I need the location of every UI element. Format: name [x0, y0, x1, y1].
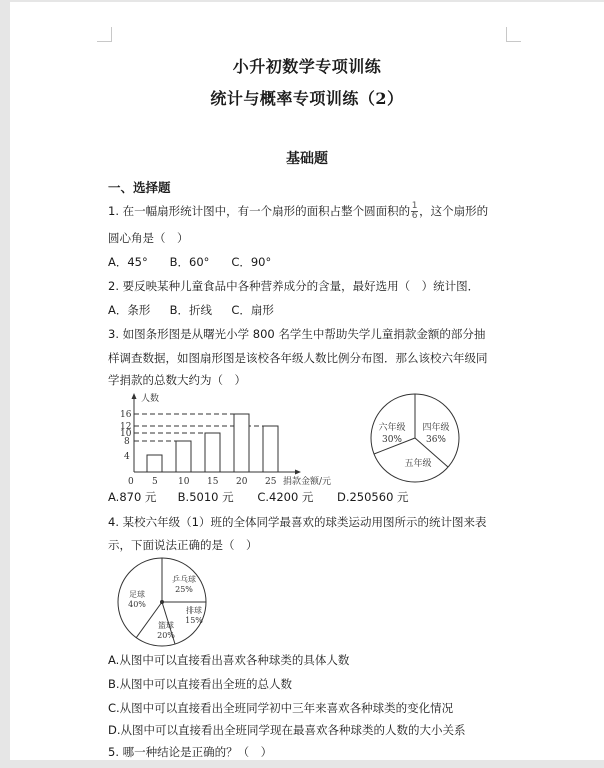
svg-text:排球: 排球	[186, 605, 202, 615]
option-d: D.250560 元	[337, 489, 409, 505]
question-4-option-b: B.从图中可以直接看出全班的总人数	[108, 676, 292, 692]
margin-corner-mark	[506, 27, 521, 42]
part-heading: 一、选择题	[108, 178, 171, 196]
fraction: 16	[411, 202, 418, 221]
section-heading: 基础题	[10, 148, 604, 168]
svg-text:40%: 40%	[128, 600, 146, 609]
question-4: 4. 某校六年级（1）班的全体同学最喜欢的球类运动用图所示的统计图来表	[108, 514, 486, 530]
grade-pie-chart: 六年级 30% 四年级 36% 五年级	[360, 390, 470, 486]
svg-text:25: 25	[265, 477, 277, 486]
donation-bar-chart: 人数 16 12 10 8 4 0 5 10 15 20 25 捐款金额/元	[108, 390, 348, 486]
question-3-options: A.870 元 B.5010 元 C.4200 元 D.250560 元	[108, 489, 409, 505]
svg-text:五年级: 五年级	[404, 457, 431, 469]
option-c: C.4200 元	[257, 489, 333, 505]
question-1-line2: 圆心角是（ ）	[108, 230, 189, 246]
question-2-options: A．条形 B．折线 C．扇形	[108, 302, 274, 318]
svg-text:0: 0	[128, 477, 134, 486]
option-b: B．折线	[170, 302, 228, 318]
margin-corner-mark	[97, 27, 112, 42]
option-a: A．条形	[108, 302, 166, 318]
svg-text:20%: 20%	[157, 631, 175, 640]
question-2: 2. 要反映某种儿童食品中各种营养成分的含量，最好选用（ ）统计图．	[108, 278, 479, 294]
svg-text:36%: 36%	[426, 435, 446, 445]
svg-text:10: 10	[178, 477, 190, 486]
svg-text:4: 4	[124, 452, 130, 462]
ball-sports-pie-chart: 乒乓球 25% 排球 15% 篮球 20% 足球 40%	[110, 555, 214, 649]
svg-text:篮球: 篮球	[158, 620, 174, 630]
svg-text:8: 8	[124, 437, 130, 447]
option-a: A.870 元	[108, 489, 174, 505]
svg-text:16: 16	[120, 410, 132, 420]
svg-text:六年级: 六年级	[378, 421, 405, 433]
question-3: 3. 如图条形图是从曙光小学 800 名学生中帮助失学儿童捐款金额的部分抽	[108, 326, 485, 342]
svg-text:四年级: 四年级	[422, 421, 449, 433]
question-4-option-c: C.从图中可以直接看出全班同学初中三年来喜欢各种球类的变化情况	[108, 700, 453, 716]
option-c: C．90°	[231, 254, 271, 270]
document-subtitle: 统计与概率专项训练（2）	[10, 86, 604, 109]
option-a: A．45°	[108, 254, 166, 270]
question-5: 5. 哪一种结论是正确的？（ ）	[108, 744, 272, 760]
document-page: 小升初数学专项训练 统计与概率专项训练（2） 基础题 一、选择题 1. 在一幅扇…	[10, 2, 604, 760]
svg-text:足球: 足球	[129, 589, 145, 599]
question-3-line3: 学捐款的总数大约为（ ）	[108, 372, 246, 388]
svg-text:乒乓球: 乒乓球	[172, 574, 196, 584]
question-1-options: A．45° B．60° C．90°	[108, 254, 271, 270]
svg-text:25%: 25%	[175, 585, 193, 594]
option-c: C．扇形	[231, 302, 274, 318]
svg-text:15: 15	[207, 477, 219, 486]
svg-text:捐款金额/元: 捐款金额/元	[283, 475, 331, 486]
question-4-option-d: D.从图中可以直接看出全班同学现在最喜欢各种球类的人数的大小关系	[108, 722, 466, 738]
svg-text:5: 5	[152, 477, 158, 486]
question-4-line2: 示，下面说法正确的是（ ）	[108, 537, 258, 553]
option-b: B．60°	[170, 254, 228, 270]
document-title: 小升初数学专项训练	[10, 54, 604, 77]
option-b: B.5010 元	[178, 489, 254, 505]
svg-text:人数: 人数	[141, 392, 159, 404]
question-4-option-a: A.从图中可以直接看出喜欢各种球类的具体人数	[108, 652, 349, 668]
question-1: 1. 在一幅扇形统计图中，有一个扇形的面积占整个圆面积的16，这个扇形的	[108, 202, 488, 221]
svg-text:15%: 15%	[185, 616, 203, 625]
svg-text:30%: 30%	[382, 435, 402, 445]
question-3-line2: 样调查数据，如图扇形图是该校各年级人数比例分布图．那么该校六年级同	[108, 350, 488, 366]
svg-text:20: 20	[236, 477, 248, 486]
